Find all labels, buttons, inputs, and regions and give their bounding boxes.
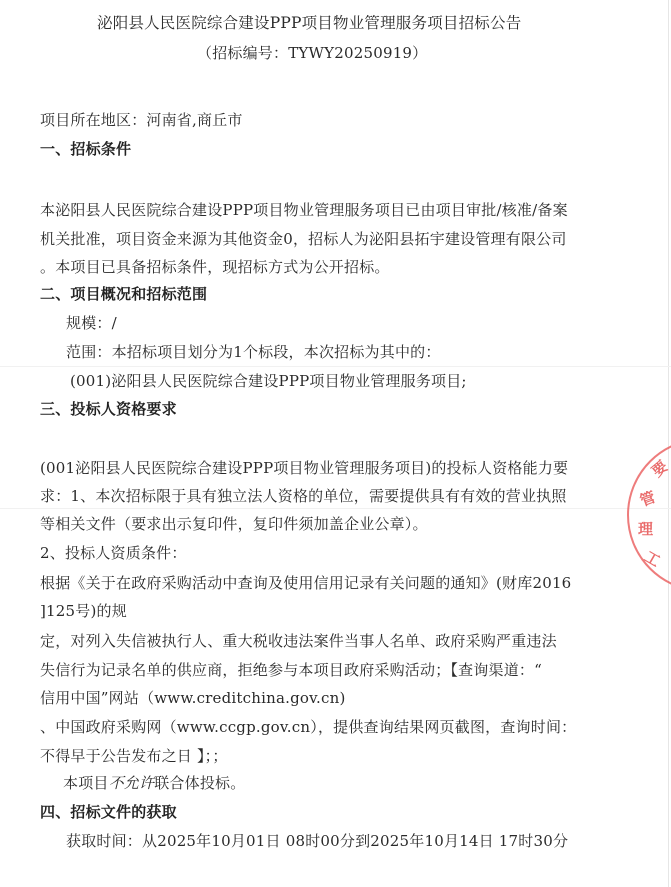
section-3-text: 等相关文件（要求出示复印件，复印件须加盖企业公章）。 bbox=[40, 514, 428, 534]
consortium-suffix: 联合体投标。 bbox=[154, 774, 245, 792]
scope-line: 范围：本招标项目划分为1个标段，本次招标为其中的： bbox=[66, 342, 441, 362]
section-heading-3: 三、投标人资格要求 bbox=[40, 399, 177, 419]
consortium-prefix: 本项目 bbox=[63, 774, 109, 792]
section-1-text: 机关批准，项目资金来源为其他资金0，招标人为泌阳县拓宇建设管理有限公司 bbox=[40, 229, 567, 249]
section-3-text: 、中国政府采购网（www.ccgp.gov.cn），提供查询结果网页截图，查询时… bbox=[40, 717, 576, 737]
scan-artifact-line bbox=[0, 366, 671, 367]
section-3-text: 根据《关于在政府采购活动中查询及使用信用记录有关问题的通知》(财库2016 bbox=[40, 573, 571, 593]
section-heading-4: 四、招标文件的获取 bbox=[40, 802, 177, 822]
document-title: 泌阳县人民医院综合建设PPP项目物业管理服务项目招标公告 bbox=[97, 13, 521, 33]
section-3-text: 失信行为记录名单的供应商，拒绝参与本项目政府采购活动；【查询渠道：“ bbox=[40, 660, 542, 680]
section-heading-2: 二、项目概况和招标范围 bbox=[40, 284, 207, 304]
consortium-line: 本项目不允许联合体投标。 bbox=[63, 773, 245, 793]
seal-char: 理 bbox=[638, 518, 653, 539]
scale-line: 规模：/ bbox=[66, 313, 117, 333]
section-3-text: (001泌阳县人民医院综合建设PPP项目物业管理服务项目)的投标人资格能力要 bbox=[40, 458, 568, 478]
tender-number: （招标编号：TYWY20250919） bbox=[197, 43, 427, 63]
section-3-text: 不得早于公告发布之日 】；； bbox=[40, 746, 228, 766]
section-heading-1: 一、招标条件 bbox=[40, 139, 131, 159]
consortium-emphasis: 不允许 bbox=[109, 774, 155, 792]
scan-edge-line bbox=[668, 0, 669, 887]
lot-line: (001)泌阳县人民医院综合建设PPP项目物业管理服务项目; bbox=[70, 371, 467, 391]
section-3-text: ]125号)的规 bbox=[40, 601, 127, 621]
section-3-text: 定，对列入失信被执行人、重大税收违法案件当事人名单、政府采购严重违法 bbox=[40, 631, 557, 651]
section-3-text: 求：1、本次招标限于具有独立法人资格的单位，需要提供具有有效的营业执照 bbox=[40, 486, 567, 506]
scan-artifact-line bbox=[0, 508, 671, 509]
section-1-text: 。本项目已具备招标条件，现招标方式为公开招标。 bbox=[40, 257, 390, 277]
acquisition-time: 获取时间：从2025年10月01日 08时00分到2025年10月14日 17时… bbox=[66, 831, 568, 851]
section-1-text: 本泌阳县人民医院综合建设PPP项目物业管理服务项目已由项目审批/核准/备案 bbox=[40, 200, 568, 220]
project-region: 项目所在地区：河南省,商丘市 bbox=[40, 110, 243, 130]
section-3-text: 信用中国”网站（www.creditchina.gov.cn) bbox=[40, 688, 346, 708]
section-3-text: 2、投标人资质条件： bbox=[40, 543, 187, 563]
